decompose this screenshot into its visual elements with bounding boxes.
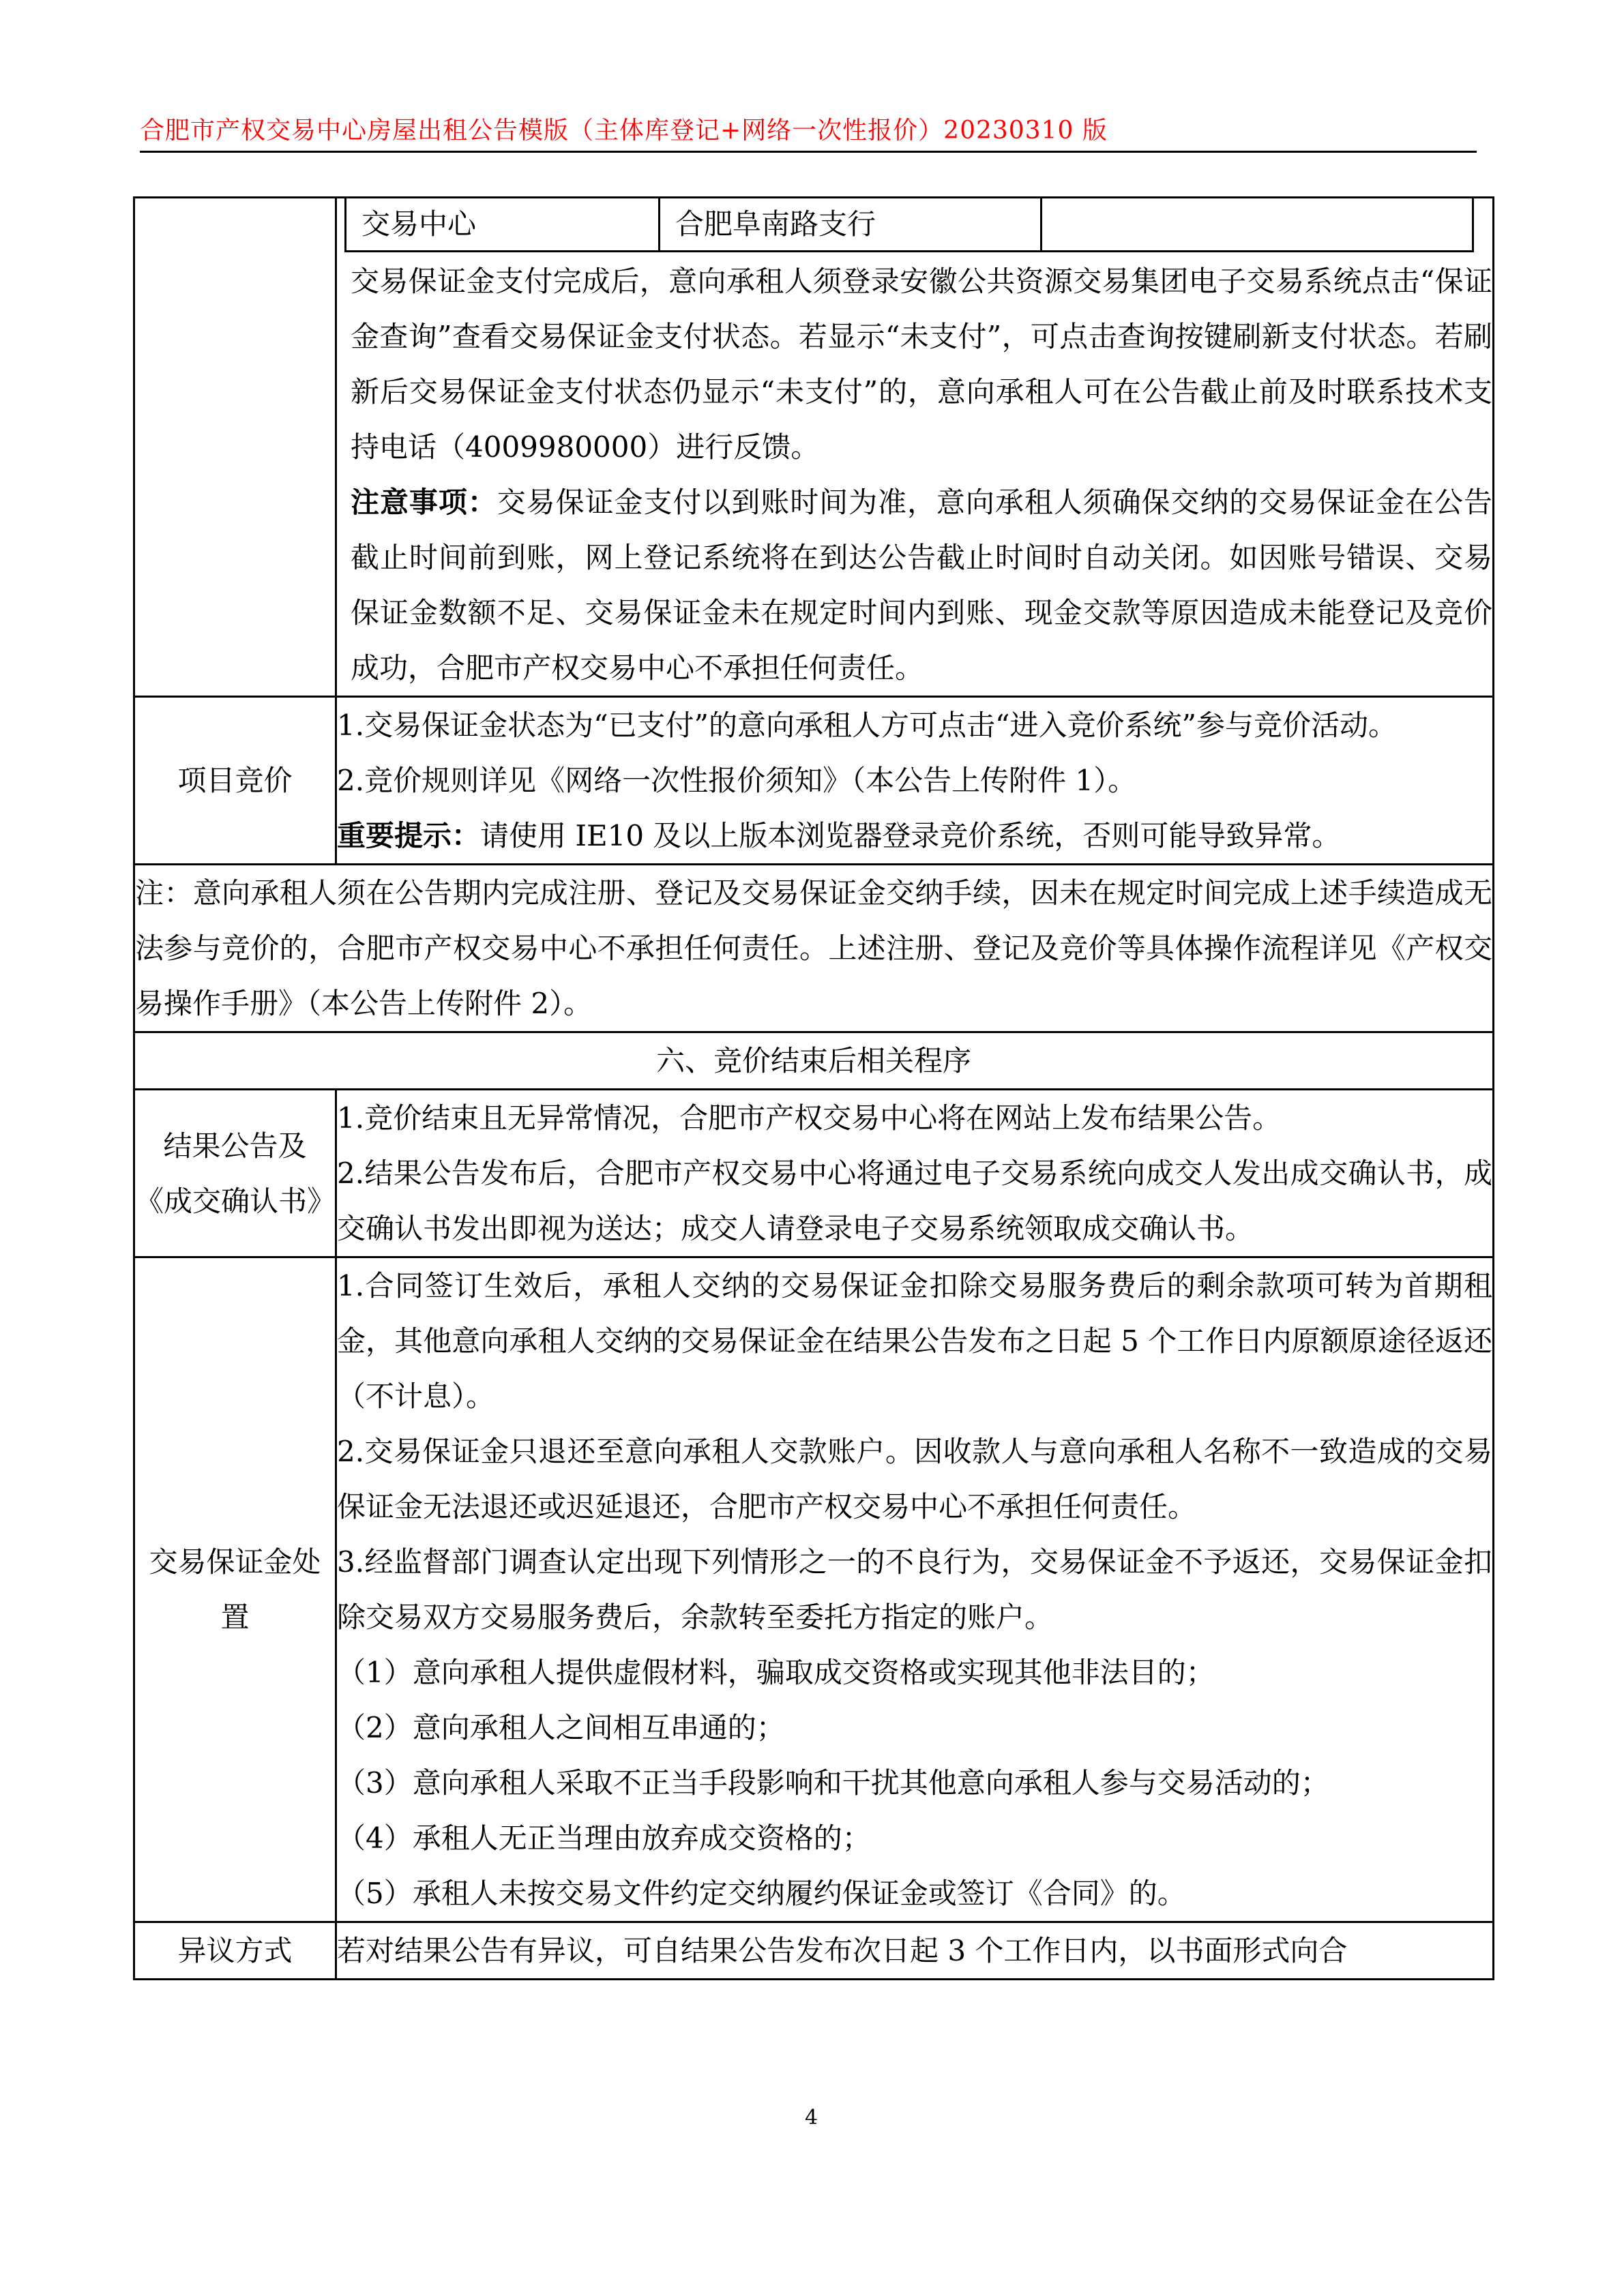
row-label-result-announcement: 结果公告及《成交确认书》 bbox=[134, 1090, 336, 1257]
bank-cell-bank-branch: 合肥阜南路支行 bbox=[660, 198, 1042, 252]
result-announcement-content: 1.竞价结束且无异常情况，合肥市产权交易中心将在网站上发布结果公告。 2.结果公… bbox=[336, 1090, 1494, 1257]
table-row-deposit-handling: 交易保证金处置 1.合同签订生效后，承租人交纳的交易保证金扣除交易服务费后的剩余… bbox=[134, 1257, 1494, 1922]
announcement-table: 交易中心 合肥阜南路支行 交易保证金支付完成后，意向承租人须登录安徽公共资源交易… bbox=[133, 196, 1494, 1980]
notice-label: 注意事项： bbox=[351, 486, 497, 519]
handling-subitem-5: （5）承租人未按交易文件约定交纳履约保证金或签订《合同》的。 bbox=[337, 1866, 1492, 1921]
bank-table-row: 交易中心 合肥阜南路支行 bbox=[346, 198, 1473, 252]
handling-subitem-1: （1）意向承租人提供虚假材料，骗取成交资格或实现其他非法目的； bbox=[337, 1645, 1492, 1700]
deposit-payment-content: 交易中心 合肥阜南路支行 交易保证金支付完成后，意向承租人须登录安徽公共资源交易… bbox=[336, 198, 1494, 697]
bidding-item-2: 2.竞价规则详见《网络一次性报价须知》（本公告上传附件 1）。 bbox=[337, 753, 1492, 808]
handling-subitem-3: （3）意向承租人采取不正当手段影响和干扰其他意向承租人参与交易活动的； bbox=[337, 1755, 1492, 1810]
handling-item-3: 3.经监督部门调查认定出现下列情形之一的不良行为，交易保证金不予返还，交易保证金… bbox=[337, 1534, 1492, 1645]
document-header-title: 合肥市产权交易中心房屋出租公告模版（主体库登记+网络一次性报价）20230310… bbox=[140, 117, 1477, 145]
row-label-objection: 异议方式 bbox=[134, 1922, 336, 1980]
header-divider bbox=[140, 151, 1477, 153]
table-row-section-six: 六、竞价结束后相关程序 bbox=[134, 1032, 1494, 1090]
handling-subitem-4: （4）承租人无正当理由放弃成交资格的； bbox=[337, 1810, 1492, 1866]
table-row-note: 注：意向承租人须在公告期内完成注册、登记及交易保证金交纳手续，因未在规定时间完成… bbox=[134, 865, 1494, 1032]
project-bidding-content: 1.交易保证金状态为“已支付”的意向承租人方可点击“进入竞价系统”参与竞价活动。… bbox=[336, 697, 1494, 865]
table-row-project-bidding: 项目竞价 1.交易保证金状态为“已支付”的意向承租人方可点击“进入竞价系统”参与… bbox=[134, 697, 1494, 865]
tip-text: 请使用 IE10 及以上版本浏览器登录竞价系统，否则可能导致异常。 bbox=[480, 819, 1340, 852]
table-row-deposit-payment: 交易中心 合肥阜南路支行 交易保证金支付完成后，意向承租人须登录安徽公共资源交易… bbox=[134, 198, 1494, 697]
deposit-handling-content: 1.合同签订生效后，承租人交纳的交易保证金扣除交易服务费后的剩余款项可转为首期租… bbox=[336, 1257, 1494, 1922]
notice-text: 交易保证金支付以到账时间为准，意向承租人须确保交纳的交易保证金在公告截止时间前到… bbox=[351, 486, 1492, 685]
table-row-objection: 异议方式 若对结果公告有异议，可自结果公告发布次日起 3 个工作日内，以书面形式… bbox=[134, 1922, 1494, 1980]
page-number: 4 bbox=[805, 2106, 818, 2130]
bidding-item-1: 1.交易保证金状态为“已支付”的意向承租人方可点击“进入竞价系统”参与竞价活动。 bbox=[337, 698, 1492, 753]
row-label-deposit-handling: 交易保证金处置 bbox=[134, 1257, 336, 1922]
result-item-1: 1.竞价结束且无异常情况，合肥市产权交易中心将在网站上发布结果公告。 bbox=[337, 1090, 1492, 1146]
bidding-tip: 重要提示：请使用 IE10 及以上版本浏览器登录竞价系统，否则可能导致异常。 bbox=[337, 808, 1492, 863]
bank-cell-account-number bbox=[1042, 198, 1473, 252]
deposit-payment-paragraph: 交易保证金支付完成后，意向承租人须登录安徽公共资源交易集团电子交易系统点击“保证… bbox=[346, 254, 1492, 475]
row-label-project-bidding: 项目竞价 bbox=[134, 697, 336, 865]
note-text: 注：意向承租人须在公告期内完成注册、登记及交易保证金交纳手续，因未在规定时间完成… bbox=[134, 865, 1494, 1032]
tip-label: 重要提示： bbox=[337, 819, 480, 852]
handling-item-2: 2.交易保证金只退还至意向承租人交款账户。因收款人与意向承租人名称不一致造成的交… bbox=[337, 1424, 1492, 1534]
objection-content: 若对结果公告有异议，可自结果公告发布次日起 3 个工作日内，以书面形式向合 bbox=[336, 1922, 1494, 1980]
deposit-notice-paragraph: 注意事项：交易保证金支付以到账时间为准，意向承租人须确保交纳的交易保证金在公告截… bbox=[346, 475, 1492, 696]
section-six-title: 六、竞价结束后相关程序 bbox=[134, 1032, 1494, 1090]
bank-cell-account-name: 交易中心 bbox=[346, 198, 660, 252]
handling-item-1: 1.合同签订生效后，承租人交纳的交易保证金扣除交易服务费后的剩余款项可转为首期租… bbox=[337, 1258, 1492, 1424]
handling-subitem-2: （2）意向承租人之间相互串通的； bbox=[337, 1700, 1492, 1755]
result-item-2: 2.结果公告发布后，合肥市产权交易中心将通过电子交易系统向成交人发出成交确认书，… bbox=[337, 1146, 1492, 1256]
bank-account-table: 交易中心 合肥阜南路支行 bbox=[344, 198, 1474, 252]
row-label-empty bbox=[134, 198, 336, 697]
table-row-result-announcement: 结果公告及《成交确认书》 1.竞价结束且无异常情况，合肥市产权交易中心将在网站上… bbox=[134, 1090, 1494, 1257]
